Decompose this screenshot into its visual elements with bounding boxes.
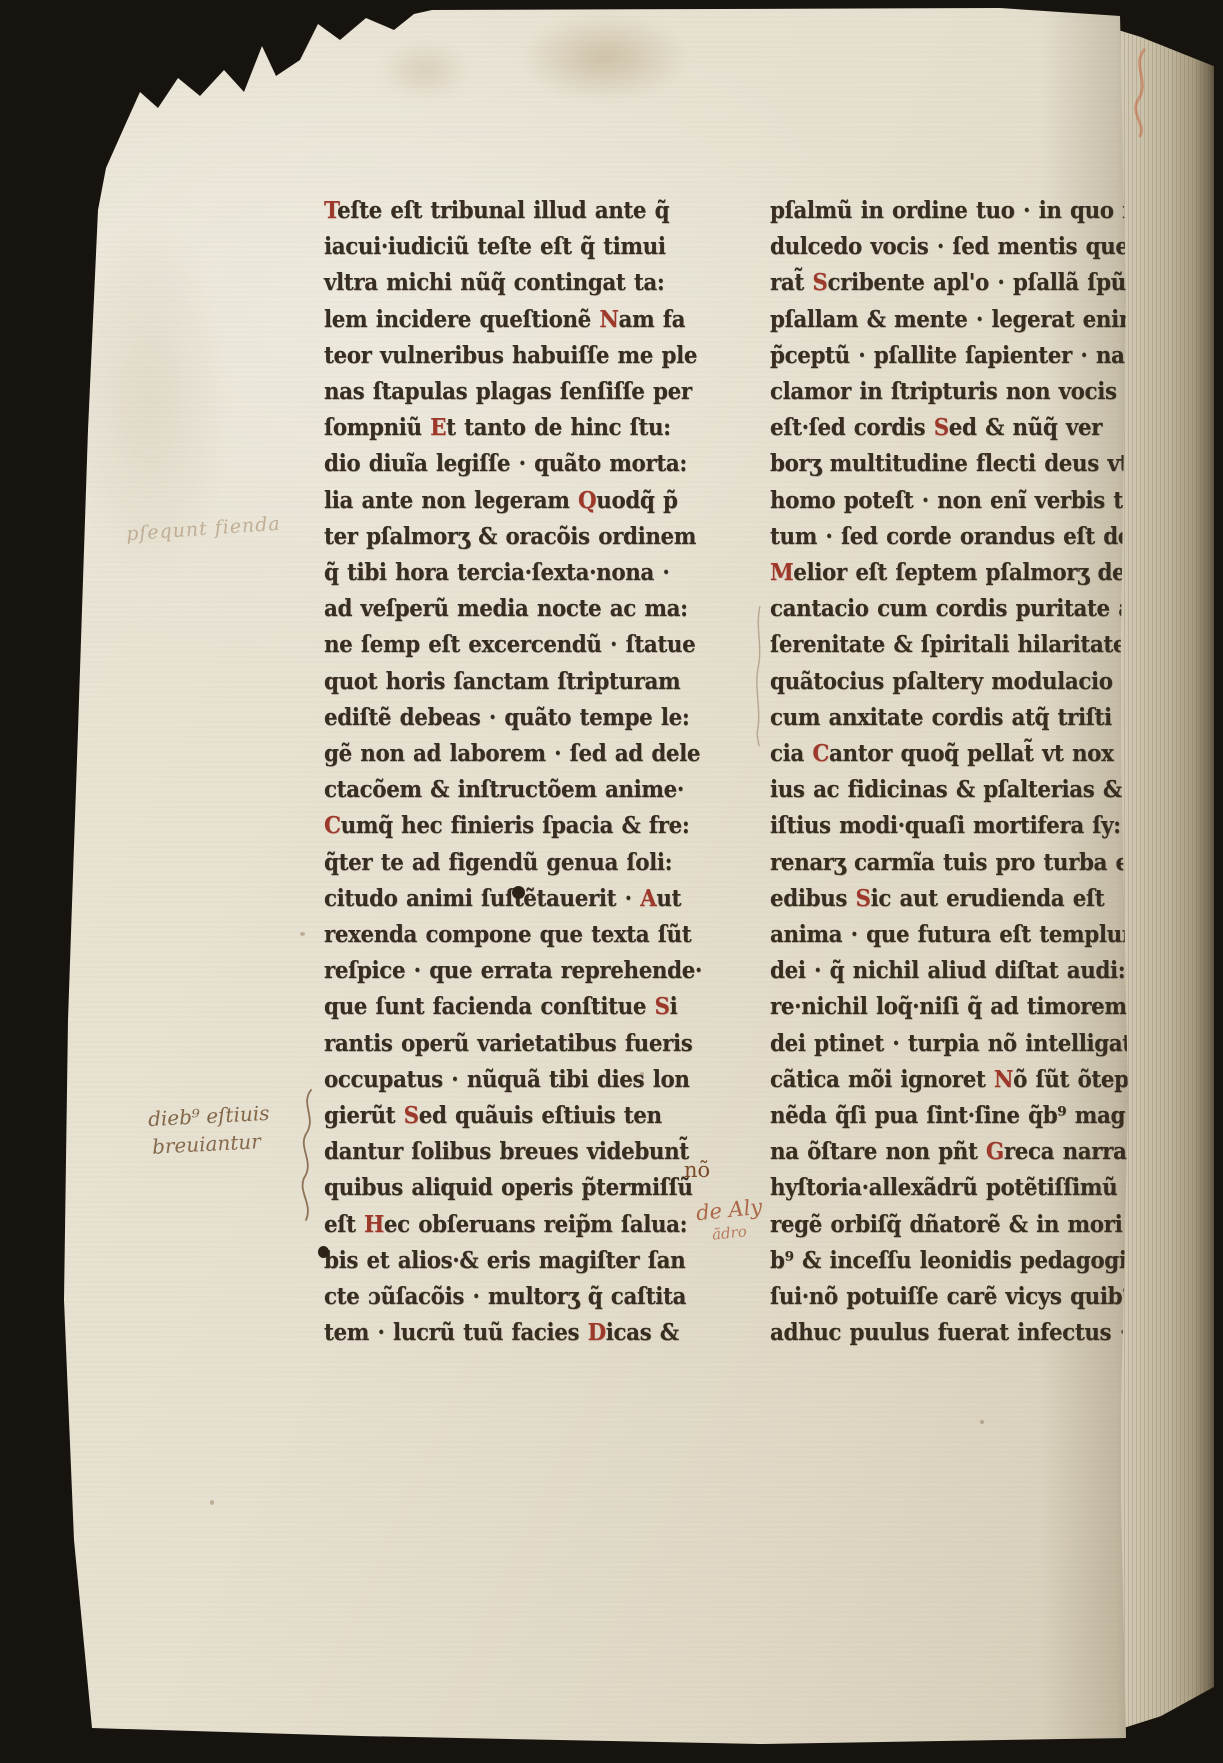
rubricated-letter: D: [588, 1319, 606, 1346]
text-line: edibus Sic aut erudienda eſt: [770, 881, 1151, 917]
rubricated-letter: S: [934, 414, 949, 441]
text-line: quãtocius pſaltery modulacio ·: [770, 664, 1151, 700]
text-line: ius ac fidicinas & pſalterias &: [770, 772, 1151, 808]
text-line: ſerenitate & ſpiritali hilaritate: [770, 627, 1151, 663]
text-line: iſtius modi·quaſi mortifera ſy:: [770, 808, 1151, 844]
stain: [520, 14, 690, 102]
text-line: q̃ tibi hora tercia·ſexta·nona ·: [324, 555, 702, 591]
rubricated-letter: N: [599, 306, 618, 333]
text-line: ad veſperũ media nocte ac ma:: [324, 591, 702, 627]
text-line: b⁹ & inceſſu leonidis pedagogi: [770, 1243, 1151, 1279]
text-line: vltra michi nũq̃ contingat ta:: [324, 265, 702, 301]
marginal-crease-mark: [753, 606, 765, 746]
ink-blot: [318, 1246, 329, 1258]
text-line: q̃ter te ad figendũ genua ſoli:: [324, 845, 702, 881]
text-line: gierũt Sed quãuis eſtiuis ten: [324, 1098, 702, 1134]
text-column-right: pſalmũ in ordine tuo · in quo nõdulcedo …: [770, 193, 1151, 1352]
text-line: teor vulneribus habuiſſe me ple: [324, 338, 702, 374]
text-line: dei · q̃ nichil aliud diſtat audi:: [770, 953, 1151, 989]
rubricated-letter: A: [640, 885, 656, 912]
text-line: tem · lucrũ tuũ facies Dicas &: [324, 1315, 702, 1351]
text-line: homo poteſt · non enĩ verbis tã:: [770, 483, 1151, 519]
text-line: na õſtare non pñt Greca narrat: [770, 1134, 1151, 1170]
text-line: Cumq̃ hec finieris ſpacia & fre:: [324, 808, 702, 844]
rubricated-letter: M: [770, 559, 793, 586]
text-line: anima · que futura eſt templum: [770, 917, 1151, 953]
rubricated-letter: C: [324, 812, 341, 839]
rubricated-letter: G: [986, 1138, 1004, 1165]
text-line: pſallam & mente · legerat enim: [770, 302, 1151, 338]
marginal-insertion-non: nõ: [684, 1158, 710, 1182]
text-line: bis et alios·& eris magiſter ſan: [324, 1243, 702, 1279]
text-line: rexenda compone que texta ſũt: [324, 917, 702, 953]
text-line: reſpice · que errata reprehende·: [324, 953, 702, 989]
text-line: rat̃ Scribente apl'o · pſallã ſpũ: [770, 265, 1151, 301]
rubricated-letter: E: [430, 414, 446, 441]
text-line: que ſunt facienda conſtitue Si: [324, 989, 702, 1025]
marginal-note-alexander-line1: de Aly: [695, 1195, 763, 1226]
text-line: ſompniũ Et tanto de hinc ſtu:: [324, 410, 702, 446]
text-line: lem incidere queſtionẽ Nam fa: [324, 302, 702, 338]
text-line: ſui·nõ potuiſſe carẽ vicys quib⁹: [770, 1279, 1151, 1315]
rubricated-letter: S: [812, 269, 827, 296]
text-line: gẽ non ad laborem · ſed ad dele: [324, 736, 702, 772]
text-line: nẽda q̃ſi pua ſint·ſine q̃b⁹ mag: [770, 1098, 1151, 1134]
rubricated-letter: S: [655, 993, 670, 1020]
text-line: cte ɔũſacõis · multorʒ q̃ caſtita: [324, 1279, 702, 1315]
text-line: lia ante non legeram Quodq̃ p̃: [324, 483, 702, 519]
rubricated-letter: H: [364, 1211, 384, 1238]
text-line: dulcedo vocis · ſed mentis que:: [770, 229, 1151, 265]
text-line: clamor in ſtripturis non vocis: [770, 374, 1151, 410]
red-offset-mark: [1126, 48, 1156, 138]
text-line: adhuc puulus fuerat infectus ·: [770, 1315, 1151, 1351]
text-line: tum · ſed corde orandus eſt dei: [770, 519, 1151, 555]
rubricated-letter: T: [324, 197, 337, 224]
text-column-left: Teſte eſt tribunal illud ante q̃iacui·iu…: [324, 193, 702, 1352]
marginal-note-summer-line1: dieb⁹ eſtiuis: [147, 1101, 270, 1131]
text-line: pſalmũ in ordine tuo · in quo nõ: [770, 193, 1151, 229]
marginal-brace: [296, 1088, 320, 1224]
screenshot-root: { "document": { "kind": "incunable-page-…: [0, 0, 1223, 1763]
text-line: quibus aliquid operis p̃termiſſũ: [324, 1170, 702, 1206]
text-line: Melior eſt ſeptem pſalmorʒ de:: [770, 555, 1151, 591]
rubricated-letter: Q: [578, 487, 596, 514]
text-line: renarʒ carmĩa tuis pro turba ex: [770, 845, 1151, 881]
text-line: nas ſtapulas plagas ſenſiſſe per: [324, 374, 702, 410]
text-line: p̃ceptũ · pſallite ſapienter · nam: [770, 338, 1151, 374]
text-line: dantur ſolibus breues videbunt̃: [324, 1134, 702, 1170]
ink-blot: [512, 886, 525, 899]
text-line: citudo animi ſuſtẽtauerit · Aut: [324, 881, 702, 917]
text-line: rantis operũ varietatibus fueris: [324, 1026, 702, 1062]
text-line: dei ptinet · turpia nõ intelligat: [770, 1026, 1151, 1062]
text-line: ter pſalmorʒ & oracõis ordinem: [324, 519, 702, 555]
text-line: ne ſemp eſt excercendũ · ſtatue: [324, 627, 702, 663]
text-line: borʒ multitudine flecti deus vt: [770, 446, 1151, 482]
text-line: cãtica mõi ignoret Nõ ſũt õtep: [770, 1062, 1151, 1098]
text-line: ctacõem & inſtructõem anime·: [324, 772, 702, 808]
text-line: occupatus · nũquã tibi dies lon: [324, 1062, 702, 1098]
text-line: cum anxitate cordis atq̃ triſti: [770, 700, 1151, 736]
rubricated-letter: N: [994, 1066, 1013, 1093]
text-line: quot horis ſanctam ſtripturam: [324, 664, 702, 700]
text-line: iacui·iudiciũ teſte eſt q̃ timui: [324, 229, 702, 265]
rubricated-letter: C: [812, 740, 829, 767]
text-line: cia Cantor quoq̃ pellat̃ vt nox: [770, 736, 1151, 772]
text-line: cantacio cum cordis puritate ac: [770, 591, 1151, 627]
text-line: hyſtoria·allexãdrũ potẽtiſſimũ: [770, 1170, 1151, 1206]
text-line: ediſtẽ debeas · quãto tempe le:: [324, 700, 702, 736]
marginal-note-alexander-line2: ãdro: [711, 1222, 747, 1244]
text-line: re·nichil loq̃·niſi q̃ ad timorem: [770, 989, 1151, 1025]
rubricated-letter: S: [855, 885, 870, 912]
text-line: Teſte eſt tribunal illud ante q̃: [324, 193, 702, 229]
foxing-speck: [300, 932, 305, 936]
paper-leaf: Teſte eſt tribunal illud ante q̃iacui·iu…: [0, 0, 1223, 1763]
rubricated-letter: S: [404, 1102, 419, 1129]
text-line: regẽ orbiſq̃ dñatorẽ & in mori: [770, 1207, 1151, 1243]
text-line: dio diuĩa legiſſe · quãto morta:: [324, 446, 702, 482]
text-line: eſt Hec obſeruans reip̃m ſalua:: [324, 1207, 702, 1243]
marginal-note-summer-line2: breuiantur: [151, 1129, 261, 1159]
foxing-speck: [980, 1420, 984, 1424]
text-line: eſt·ſed cordis Sed & nũq̃ ver: [770, 410, 1151, 446]
stain: [380, 40, 470, 100]
foxing-speck: [210, 1500, 214, 1505]
